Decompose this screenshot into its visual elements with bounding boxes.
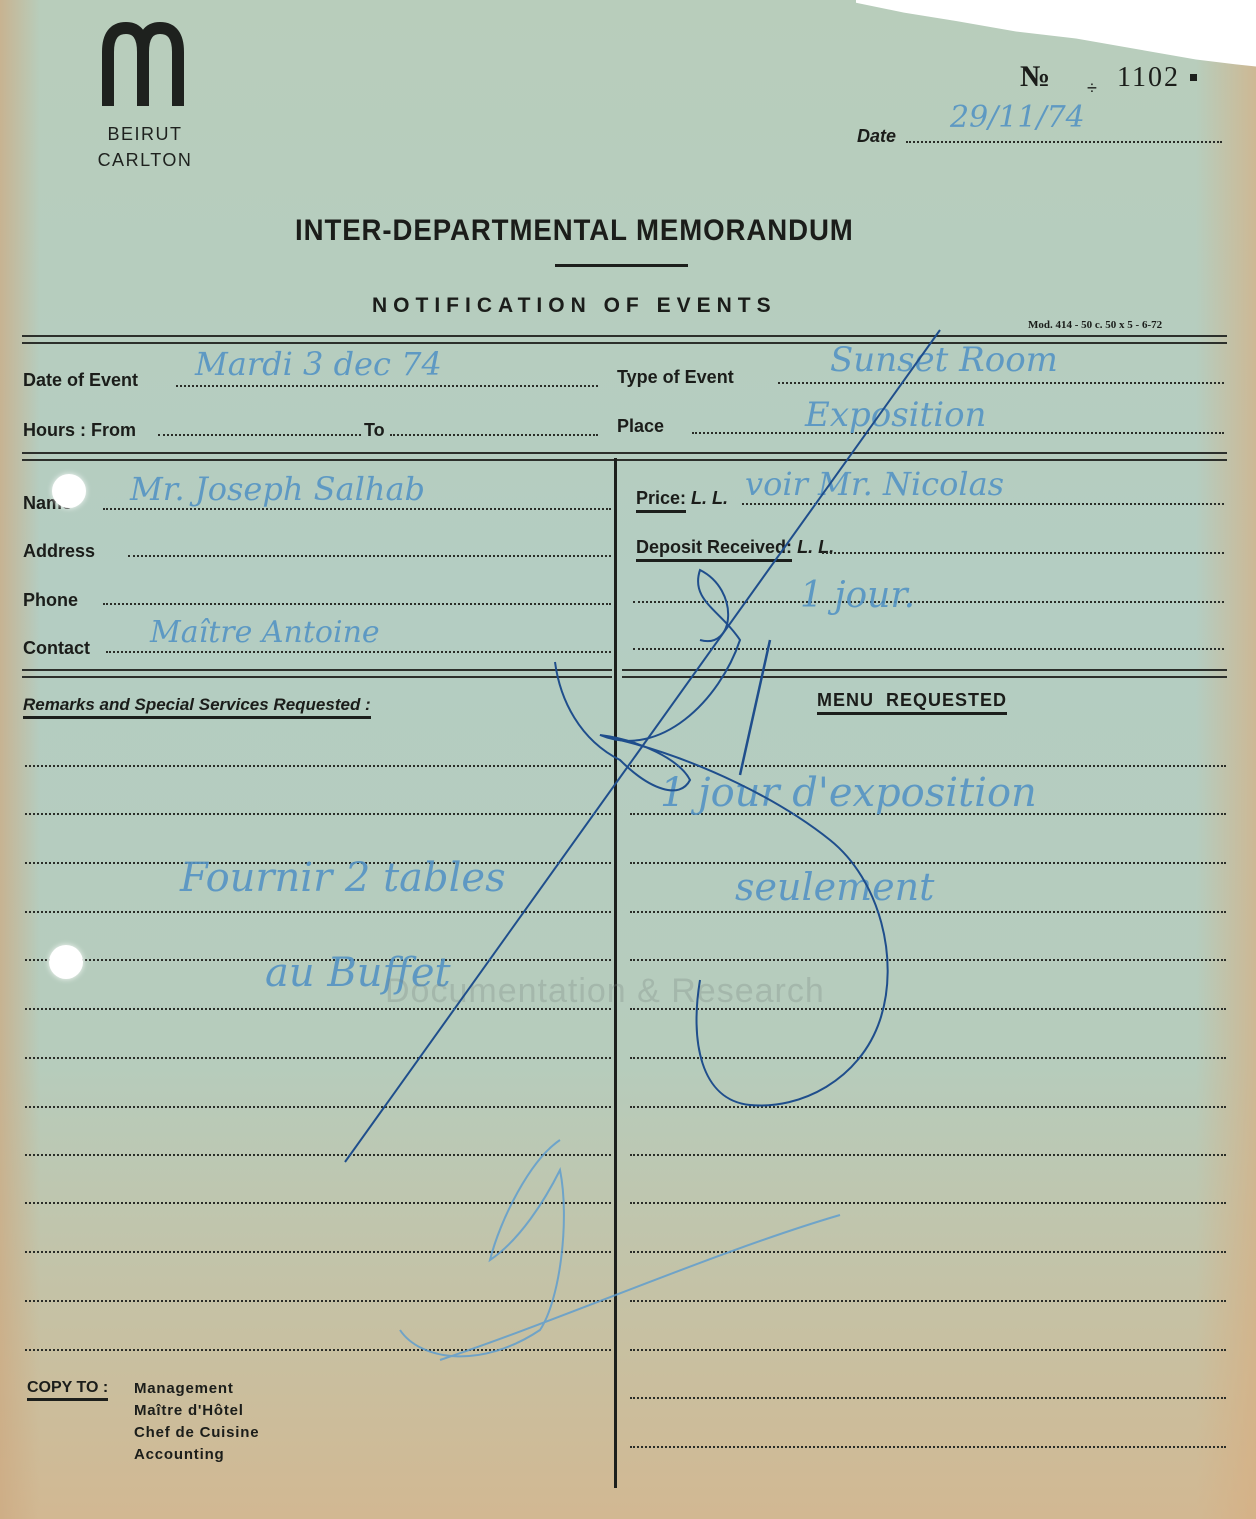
copy-to-item: Chef de Cuisine: [134, 1424, 259, 1441]
copy-to-item: Maître d'Hôtel: [134, 1402, 244, 1419]
pen-strokes-icon: [0, 0, 1256, 1519]
copy-to-item: Management: [134, 1380, 234, 1397]
punch-hole-bottom: [49, 945, 83, 979]
copy-to-label: COPY TO :: [27, 1379, 108, 1397]
copy-to-item: Accounting: [134, 1446, 225, 1463]
punch-hole-top: [52, 474, 86, 508]
